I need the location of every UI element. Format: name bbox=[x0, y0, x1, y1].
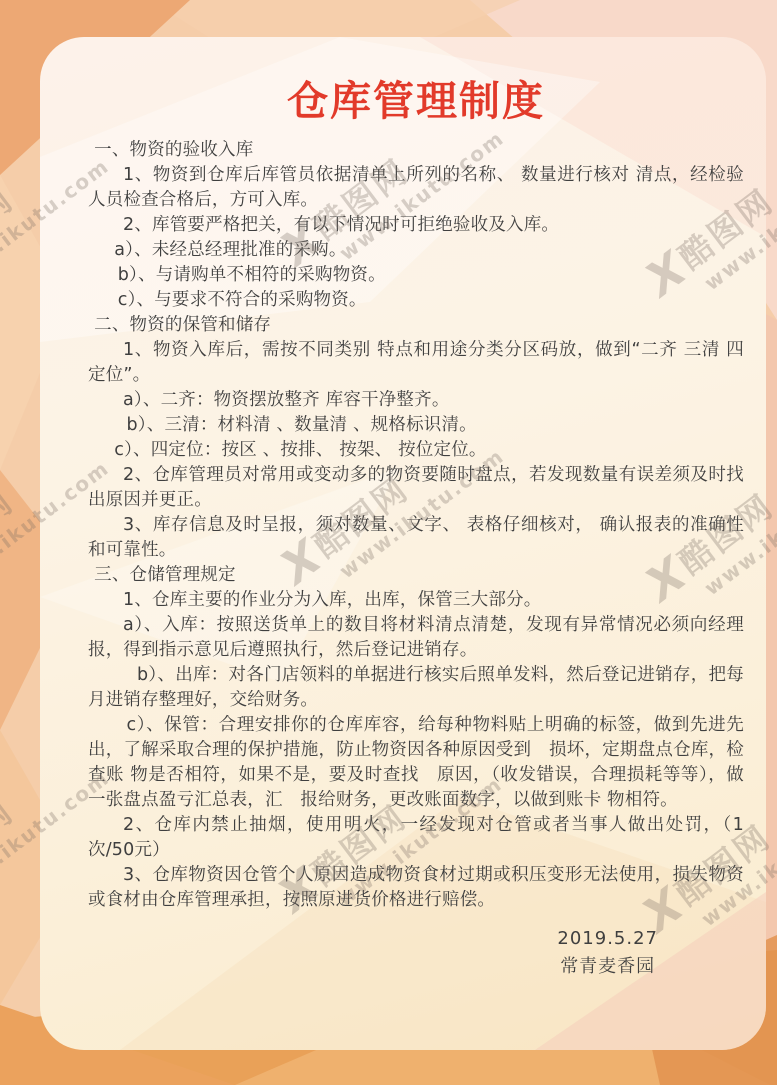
paragraph: b）、与请购单不相符的采购物资。 bbox=[88, 263, 744, 288]
paragraph: 1、仓库主要的作业分为入库，出库，保管三大部分。 bbox=[88, 588, 744, 613]
paragraph: 1、物资到仓库后库管员依据清单上所列的名称、 数量进行核对 清点，经检验人员检查… bbox=[88, 163, 744, 213]
paragraph: a）、二齐：物资摆放整齐 库容干净整齐。 bbox=[88, 388, 744, 413]
paragraph: a）、未经总经理批准的采购。 bbox=[88, 238, 744, 263]
footer-signature: 常青麦香园 bbox=[557, 953, 658, 981]
paragraph: 1、物资入库后，需按不同类别 特点和用途分类分区码放，做到“二齐 三清 四定位”… bbox=[88, 338, 744, 388]
paragraph: a）、入库：按照送货单上的数目将材料清点清楚，发现有异常情况必须向经理报，得到指… bbox=[88, 613, 744, 663]
paragraph: 2、库管要严格把关，有以下情况时可拒绝验收及入库。 bbox=[88, 213, 744, 238]
paragraph: c）、保管：合理安排你的仓库库容，给每种物料贴上明确的标签，做到先进先出，了解采… bbox=[88, 713, 744, 813]
paragraph: 2、仓库管理员对常用或变动多的物资要随时盘点，若发现数量有误差须及时找出原因并更… bbox=[88, 463, 744, 513]
paragraph: c）、与要求不符合的采购物资。 bbox=[88, 288, 744, 313]
paragraph: 2、仓库内禁止抽烟，使用明火，一经发现对仓管或者当事人做出处罚，（1次/50元） bbox=[88, 813, 744, 863]
page-title: 仓库管理制度 bbox=[88, 77, 744, 125]
document-content: 仓库管理制度 一、物资的验收入库 1、物资到仓库后库管员依据清单上所列的名称、 … bbox=[40, 37, 766, 981]
section-1-heading: 一、物资的验收入库 bbox=[88, 138, 744, 163]
footer-block: 2019.5.27 常青麦香园 bbox=[557, 925, 658, 981]
paragraph: 3、仓库物资因仓管个人原因造成物资食材过期或积压变形无法使用，损失物资或食材由仓… bbox=[88, 863, 744, 913]
paragraph: 3、库存信息及时呈报，须对数量、文字、 表格仔细核对， 确认报表的准确性和可靠性… bbox=[88, 513, 744, 563]
section-2-heading: 二、物资的保管和储存 bbox=[88, 313, 744, 338]
paragraph: b）、三清：材料清 、数量清 、规格标识清。 bbox=[88, 413, 744, 438]
section-3-heading: 三、仓储管理规定 bbox=[88, 563, 744, 588]
paragraph: c）、四定位：按区 、按排、 按架、 按位定位。 bbox=[88, 438, 744, 463]
poster: 仓库管理制度 一、物资的验收入库 1、物资到仓库后库管员依据清单上所列的名称、 … bbox=[0, 0, 777, 1085]
page: 仓库管理制度 一、物资的验收入库 1、物资到仓库后库管员依据清单上所列的名称、 … bbox=[40, 37, 766, 1050]
paragraph: b）、出库：对各门店领料的单据进行核实后照单发料，然后登记进销存，把每月进销存整… bbox=[88, 663, 744, 713]
footer-date: 2019.5.27 bbox=[557, 925, 658, 953]
